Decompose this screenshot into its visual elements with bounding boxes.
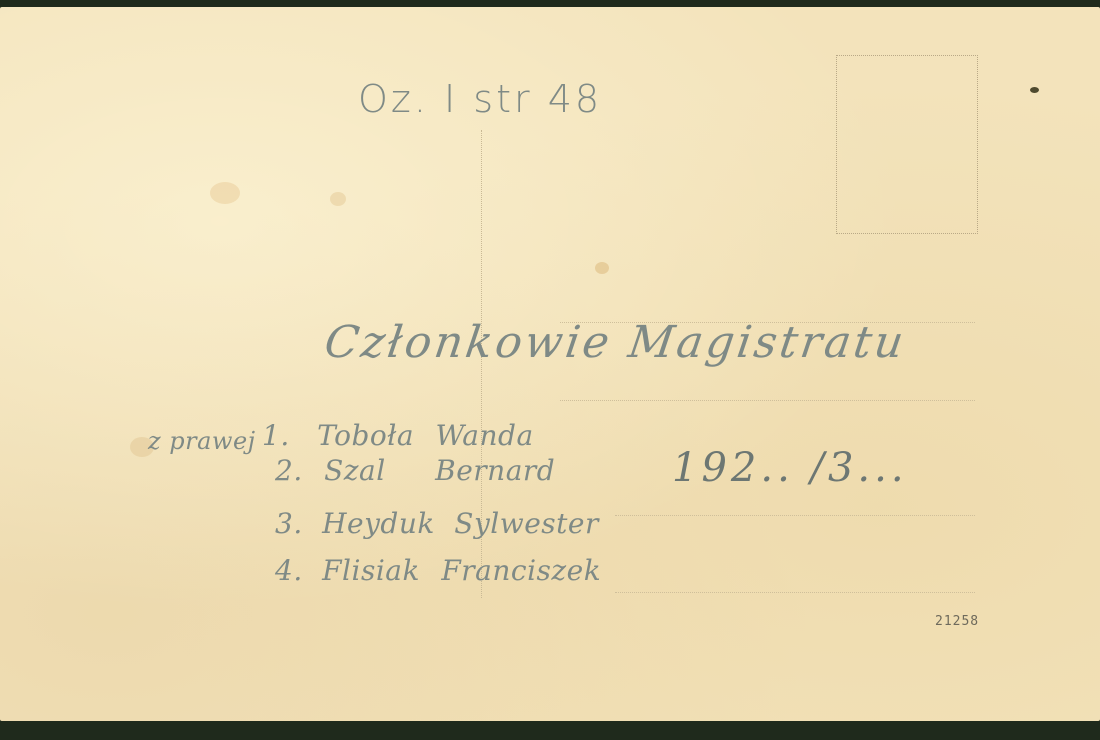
stain xyxy=(330,192,346,206)
postcard-back: Oz. I str 48 Członkowie Magistratu z pra… xyxy=(0,7,1100,721)
address-line xyxy=(615,515,975,516)
date-note: 192.. /3... xyxy=(672,445,908,491)
member-first-name: Wanda xyxy=(435,419,533,452)
member-item: 1. Toboła Wanda xyxy=(262,419,534,452)
stamp-box xyxy=(836,55,978,234)
member-first-name: Bernard xyxy=(435,454,555,487)
member-surname: Toboła xyxy=(317,419,414,452)
member-number: 1. xyxy=(262,419,290,452)
member-first-name: Sylwester xyxy=(454,507,599,540)
printed-number: 21258 xyxy=(935,614,979,629)
list-prefix: z prawej xyxy=(148,427,256,455)
stain xyxy=(1030,87,1039,93)
stain xyxy=(210,182,240,204)
member-first-name: Franciszek xyxy=(441,554,601,587)
member-surname: Heyduk xyxy=(322,507,435,540)
document-title: Członkowie Magistratu xyxy=(321,317,909,368)
member-number: 3. xyxy=(275,507,303,540)
address-line xyxy=(560,400,975,401)
member-item: 4. Flisiak Franciszek xyxy=(275,554,601,587)
member-surname: Szal xyxy=(324,454,386,487)
address-line xyxy=(615,592,975,593)
stain xyxy=(595,262,609,274)
member-number: 2. xyxy=(275,454,303,487)
member-item: 2. Szal Bernard xyxy=(275,454,555,487)
member-number: 4. xyxy=(275,554,303,587)
member-surname: Flisiak xyxy=(322,554,420,587)
archive-reference: Oz. I str 48 xyxy=(358,77,602,121)
member-item: 3. Heyduk Sylwester xyxy=(275,507,599,540)
